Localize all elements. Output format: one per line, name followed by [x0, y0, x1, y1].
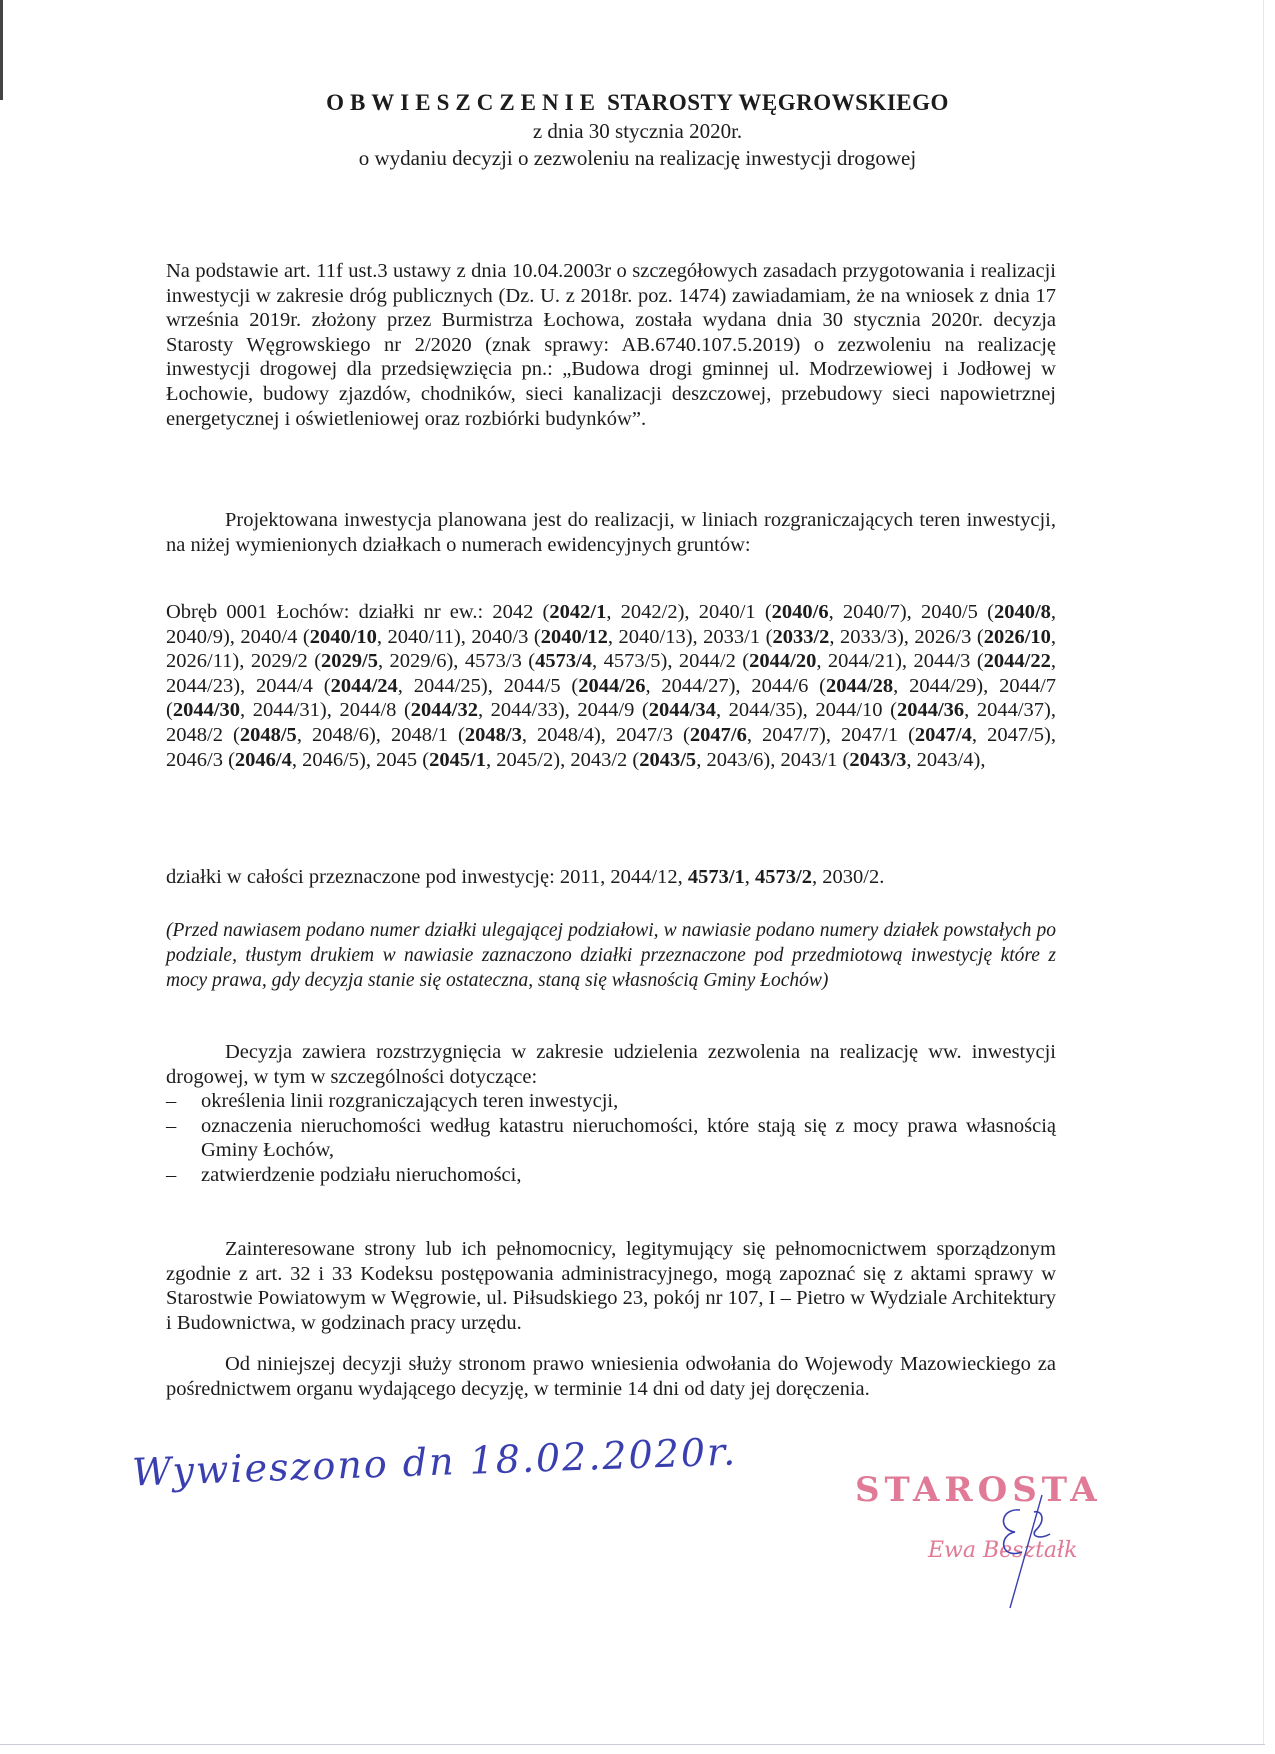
whole-parcel: 4573/1: [688, 866, 745, 888]
parcel-for-investment: 2040/10: [310, 626, 377, 648]
decision-item-text: określenia linii rozgraniczających teren…: [201, 1090, 618, 1112]
parcel-entry: 2040/1 (2040/6, 2040/7),: [699, 601, 921, 623]
list-dash: –: [166, 1114, 186, 1139]
whole-parcels-intro: działki w całości przeznaczone pod inwes…: [166, 866, 560, 888]
parcel-for-investment: 2044/32: [411, 699, 478, 721]
parcel-for-investment: 2044/24: [331, 675, 398, 697]
scan-edge: [0, 0, 3, 100]
decision-item: – oznaczenia nieruchomości według katast…: [166, 1114, 1056, 1163]
parcel-entry: 4573/3 (4573/4, 4573/5),: [465, 650, 679, 672]
parcel-entry: 2040/4 (2040/10, 2040/11),: [240, 626, 471, 648]
parcel-entry: 2040/3 (2040/12, 2040/13),: [471, 626, 703, 648]
parcel-for-investment: 2044/30: [173, 699, 240, 721]
parcel-for-investment: 2043/5: [639, 749, 696, 771]
parcel-for-investment: 2048/5: [240, 724, 297, 746]
parcel-list: Obręb 0001 Łochów: działki nr ew.: 2042 …: [166, 600, 1056, 772]
whole-parcel: 2044/12: [610, 866, 677, 888]
parcel-for-investment: 2047/6: [690, 724, 747, 746]
parcel-entry: 2047/1 (2047/4, 2047/5),: [841, 724, 1056, 746]
parcel-for-investment: 2033/2: [772, 626, 829, 648]
parcel-for-investment: 2044/22: [984, 650, 1051, 672]
parcel-entry: 2044/8 (2044/32, 2044/33),: [339, 699, 577, 721]
page-edge-bottom: [0, 1744, 1265, 1745]
document-subject: o wydaniu decyzji o zezwoleniu na realiz…: [0, 144, 1275, 172]
parcel-entry: 2045 (2045/1, 2045/2),: [376, 749, 570, 771]
parcel-entry: 2046/3 (2046/4, 2046/5),: [166, 749, 376, 771]
list-dash: –: [166, 1163, 186, 1188]
decision-items-list: – określenia linii rozgraniczających ter…: [166, 1089, 1056, 1187]
legal-basis-text: Na podstawie art. 11f ust.3 ustawy z dni…: [166, 259, 1056, 431]
whole-parcels-paragraph: działki w całości przeznaczone pod inwes…: [166, 865, 1056, 890]
parcel-entry: 2029/2 (2029/5, 2029/6),: [251, 650, 465, 672]
decision-item: – zatwierdzenie podziału nieruchomości,: [166, 1163, 1056, 1188]
parcel-entry: 2043/2 (2043/5, 2043/6),: [570, 749, 780, 771]
document-date: z dnia 30 stycznia 2020r.: [0, 118, 1275, 144]
parcel-for-investment: 2044/20: [749, 650, 816, 672]
explanatory-note-text: (Przed nawiasem podano numer działki ule…: [166, 918, 1056, 993]
planned-investment-text: Projektowana inwestycja planowana jest d…: [166, 508, 1056, 557]
title-issuer: STAROSTY WĘGROWSKIEGO: [607, 90, 949, 115]
parcel-for-investment: 2044/36: [897, 699, 964, 721]
decision-item-text: zatwierdzenie podziału nieruchomości,: [201, 1164, 521, 1186]
parcel-for-investment: 2044/26: [578, 675, 645, 697]
parcel-for-investment: 2045/1: [429, 749, 486, 771]
decision-intro-paragraph: Decyzja zawiera rozstrzygnięcia w zakres…: [166, 1040, 1056, 1089]
parties-paragraph: Zainteresowane strony lub ich pełnomocni…: [166, 1237, 1056, 1335]
parcel-for-investment: 2040/8: [994, 601, 1051, 623]
whole-parcel: 2011: [560, 866, 600, 888]
parcel-entry: 2044/6 (2044/28, 2044/29),: [751, 675, 999, 697]
parcel-entry: 2047/3 (2047/6, 2047/7),: [616, 724, 841, 746]
appeal-text: Od niniejszej decyzji służy stronom praw…: [166, 1352, 1056, 1401]
parcel-entry: 2044/2 (2044/20, 2044/21),: [679, 650, 914, 672]
parcel-for-investment: 2029/5: [321, 650, 378, 672]
parcel-for-investment: 2048/3: [465, 724, 522, 746]
planned-investment-paragraph: Projektowana inwestycja planowana jest d…: [166, 508, 1056, 557]
parcel-entry: 2044/4 (2044/24, 2044/25),: [256, 675, 504, 697]
parcel-entry: 2044/5 (2044/26, 2044/27),: [504, 675, 752, 697]
parcel-entry: 2043/1 (2043/3, 2043/4),: [780, 749, 985, 771]
parcel-for-investment: 2044/28: [826, 675, 893, 697]
parcel-for-investment: 2040/6: [772, 601, 829, 623]
decision-item: – określenia linii rozgraniczających ter…: [166, 1089, 1056, 1114]
handwritten-posting-note: Wywieszono dn 18.02.2020r.: [131, 1429, 737, 1494]
parcel-list-paragraph: Obręb 0001 Łochów: działki nr ew.: 2042 …: [166, 600, 1056, 772]
parcel-for-investment: 2040/12: [541, 626, 608, 648]
legal-basis-paragraph: Na podstawie art. 11f ust.3 ustawy z dni…: [166, 259, 1056, 431]
decision-intro-text: Decyzja zawiera rozstrzygnięcia w zakres…: [166, 1040, 1056, 1089]
parcel-for-investment: 2026/10: [984, 626, 1051, 648]
parcel-entry: 2042 (2042/1, 2042/2),: [492, 601, 698, 623]
parcel-for-investment: 2047/4: [915, 724, 972, 746]
parcel-entry: 2048/2 (2048/5, 2048/6),: [166, 724, 391, 746]
appeal-paragraph: Od niniejszej decyzji służy stronom praw…: [166, 1352, 1056, 1401]
parcel-for-investment: 2043/3: [849, 749, 906, 771]
document-title: OBWIESZCZENIE STAROSTY WĘGROWSKIEGO: [0, 88, 1275, 118]
explanatory-note: (Przed nawiasem podano numer działki ule…: [166, 918, 1056, 993]
document-header: OBWIESZCZENIE STAROSTY WĘGROWSKIEGO z dn…: [0, 88, 1275, 172]
title-word-announcement: OBWIESZCZENIE: [326, 90, 601, 115]
decision-item-text: oznaczenia nieruchomości według katastru…: [201, 1115, 1056, 1162]
parcel-entry: 2033/1 (2033/2, 2033/3),: [703, 626, 914, 648]
parcel-for-investment: 2044/34: [649, 699, 716, 721]
whole-parcel: 2030/2: [822, 866, 879, 888]
parcel-entry: 2048/1 (2048/3, 2048/4),: [391, 724, 616, 746]
parcel-entry: 2044/10 (2044/36, 2044/37),: [815, 699, 1056, 721]
parcel-for-investment: 2042/1: [549, 601, 606, 623]
parcel-entry: 2044/9 (2044/34, 2044/35),: [577, 699, 815, 721]
whole-parcels-list: działki w całości przeznaczone pod inwes…: [166, 865, 1056, 890]
parcel-for-investment: 2046/4: [235, 749, 292, 771]
parcel-for-investment: 4573/4: [535, 650, 592, 672]
list-dash: –: [166, 1089, 186, 1114]
page-edge-right: [1263, 0, 1264, 1745]
signature-icon: [990, 1490, 1060, 1610]
parcel-list-intro: Obręb 0001 Łochów: działki nr ew.:: [166, 601, 492, 623]
whole-parcel: 4573/2: [755, 866, 812, 888]
parties-text: Zainteresowane strony lub ich pełnomocni…: [166, 1237, 1056, 1335]
